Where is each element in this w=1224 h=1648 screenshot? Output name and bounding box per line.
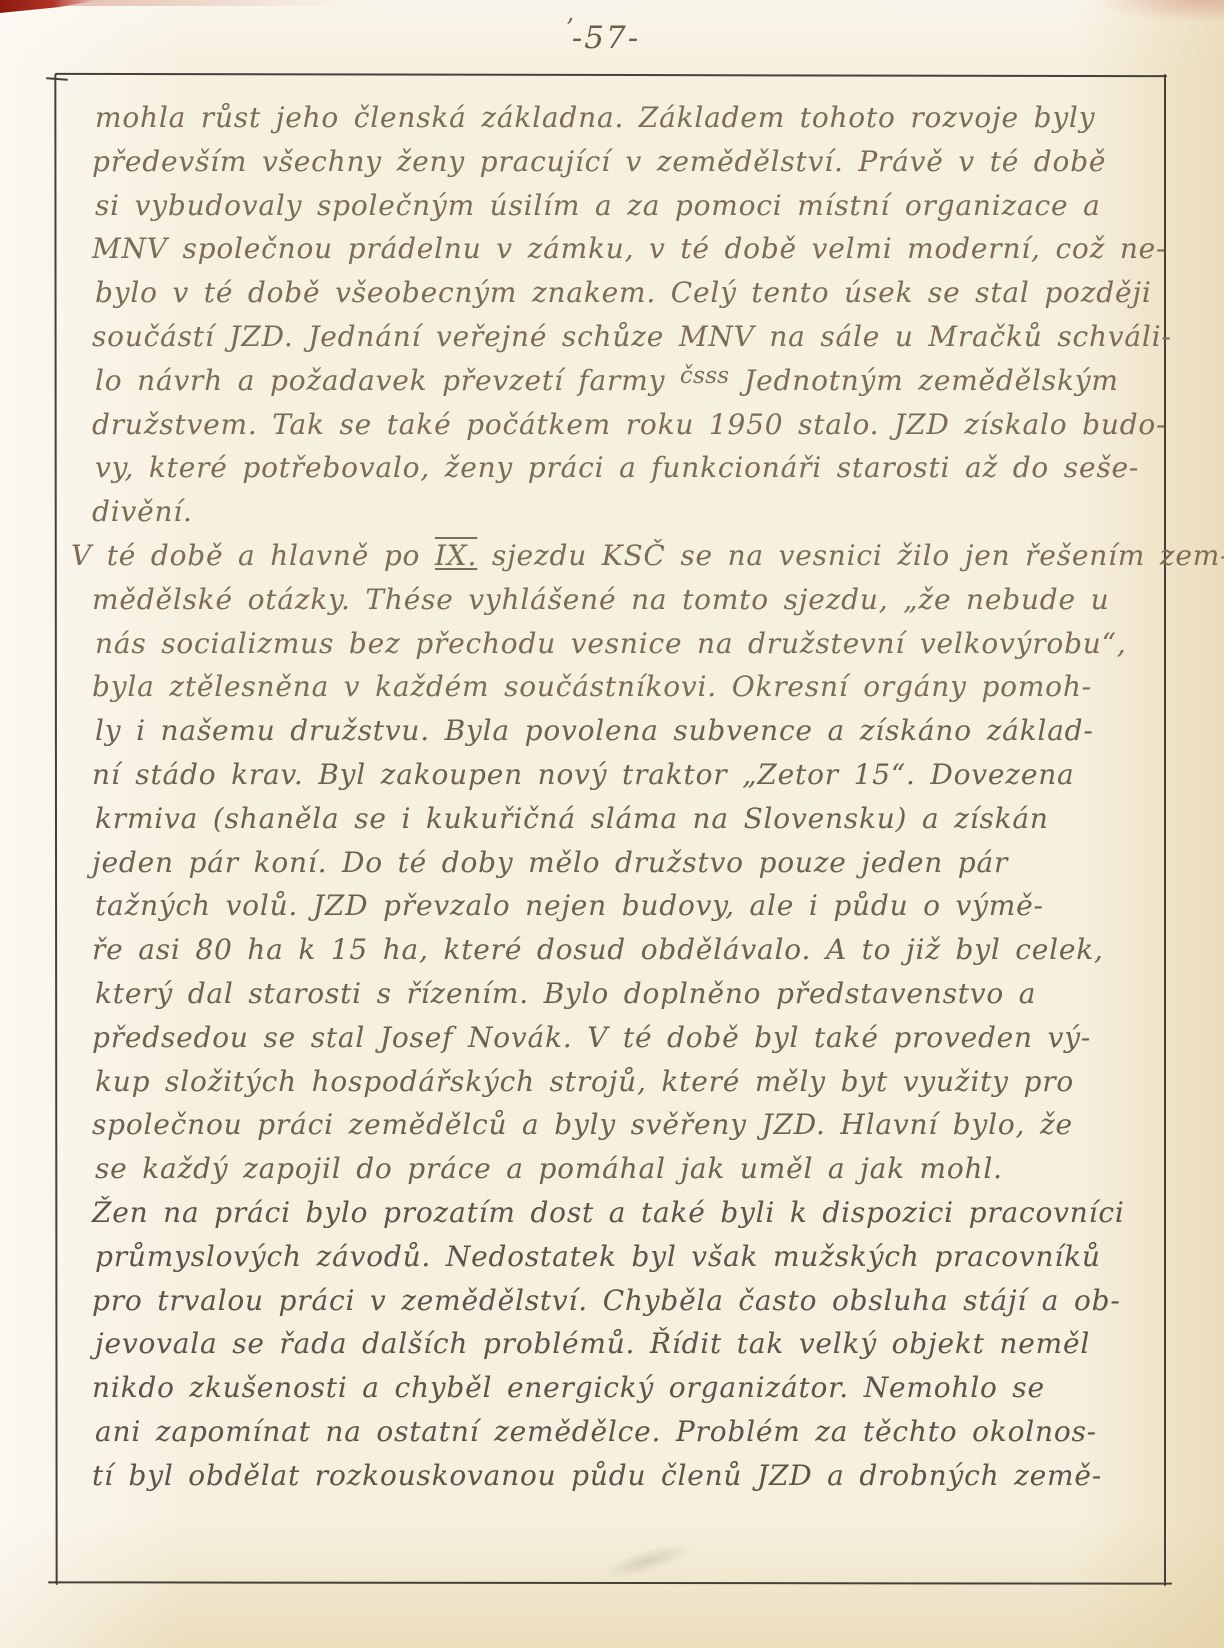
- manuscript-line: si vybudovaly společným úsilím a za pomo…: [95, 184, 1207, 228]
- manuscript-line: ní stádo krav. Byl zakoupen nový traktor…: [92, 753, 1207, 797]
- superscript-abbr: čsss: [680, 363, 730, 389]
- manuscript-line: jevovala se řada dalších problémů. Řídit…: [95, 1322, 1207, 1366]
- manuscript-line: byla ztělesněna v každém součástníkovi. …: [92, 665, 1207, 709]
- manuscript-line: Žen na práci bylo prozatím dost a také b…: [92, 1191, 1207, 1235]
- manuscript-line: kup složitých hospodářských strojů, kter…: [95, 1060, 1207, 1104]
- manuscript-line: předsedou se stal Josef Novák. V té době…: [92, 1016, 1207, 1060]
- manuscript-line: ře asi 80 ha k 15 ha, které dosud obdělá…: [92, 928, 1207, 972]
- binding-red-smear-left: [60, 0, 350, 6]
- manuscript-line: vy, které potřebovalo, ženy práci a funk…: [95, 446, 1207, 490]
- frame-border-top: [55, 73, 1167, 77]
- manuscript-line: pro trvalou práci v zemědělství. Chyběla…: [92, 1279, 1207, 1323]
- manuscript-lines: mohla růst jeho členská základna. Základ…: [57, 96, 1207, 1498]
- manuscript-line: V té době a hlavně po IX. sjezdu KSČ se …: [71, 534, 1207, 578]
- manuscript-line: mohla růst jeho členská základna. Základ…: [95, 96, 1207, 140]
- manuscript-line: tí byl obdělat rozkouskovanou půdu členů…: [92, 1454, 1207, 1498]
- manuscript-line: bylo v té době všeobecným znakem. Celý t…: [95, 271, 1207, 315]
- manuscript-line: se každý zapojil do práce a pomáhal jak …: [95, 1147, 1207, 1191]
- ink-smudge: [599, 1536, 696, 1586]
- manuscript-line: tažných volů. JZD převzalo nejen budovy,…: [95, 884, 1207, 928]
- manuscript-line: lo návrh a požadavek převzetí farmy čsss…: [95, 359, 1207, 403]
- scanned-manuscript-page: ’ -57- mohla růst jeho členská základna.…: [0, 0, 1224, 1648]
- manuscript-line: ly i našemu družstvu. Byla povolena subv…: [95, 709, 1207, 753]
- manuscript-line: jeden pár koní. Do té doby mělo družstvo…: [92, 841, 1207, 885]
- manuscript-line: který dal starosti s řízením. Bylo dopln…: [95, 972, 1207, 1016]
- manuscript-line: MNV společnou prádelnu v zámku, v té dob…: [92, 227, 1207, 271]
- page-number: -57-: [0, 20, 1218, 56]
- manuscript-line: ani zapomínat na ostatní zemědělce. Prob…: [95, 1410, 1207, 1454]
- binding-red-smear-right: [1094, 0, 1224, 22]
- manuscript-line: nikdo zkušenosti a chyběl energický orga…: [92, 1366, 1207, 1410]
- manuscript-line: především všechny ženy pracující v zeměd…: [92, 140, 1207, 184]
- manuscript-line: družstvem. Tak se také počátkem roku 195…: [92, 403, 1207, 447]
- manuscript-line: krmiva (shaněla se i kukuřičná sláma na …: [95, 797, 1207, 841]
- manuscript-line: mědělské otázky. Thése vyhlášené na tomt…: [92, 578, 1207, 622]
- manuscript-line: nás socializmus bez přechodu vesnice na …: [95, 622, 1207, 666]
- manuscript-line: divění.: [92, 490, 1207, 534]
- frame-border-top-hook: [46, 77, 68, 81]
- roman-numeral: IX.: [435, 539, 477, 572]
- manuscript-line: součástí JZD. Jednání veřejné schůze MNV…: [92, 315, 1207, 359]
- manuscript-line: průmyslových závodů. Nedostatek byl však…: [95, 1235, 1207, 1279]
- manuscript-line: společnou práci zemědělců a byly svěřeny…: [92, 1103, 1207, 1147]
